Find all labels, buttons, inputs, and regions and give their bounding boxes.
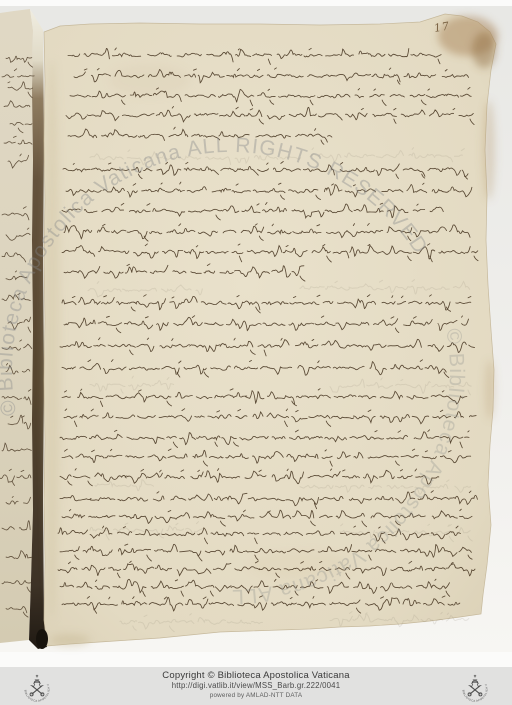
url-line: http://digi.vatlib.it/view/MSS_Barb.gr.2… [0, 681, 512, 691]
powered-by-line: powered by AMLAD-NTT DATA [0, 691, 512, 700]
vatican-seal-icon-right: BIBLIOTECA APOSTOLICA VATICANA [457, 671, 493, 705]
manuscript-scan-photo: © Biblioteca Apostolica Vaticana ALL RIG… [0, 0, 512, 660]
svg-text:BIBLIOTECA APOSTOLICA VATICANA: BIBLIOTECA APOSTOLICA VATICANA [457, 671, 489, 703]
binding-shadow-blob [36, 629, 48, 649]
svg-text:BIBLIOTECA APOSTOLICA VATICANA: BIBLIOTECA APOSTOLICA VATICANA [19, 671, 51, 703]
copyright-line: Copyright © Biblioteca Apostolica Vatica… [0, 670, 512, 681]
manuscript-scan-canvas: © Biblioteca Apostolica Vaticana ALL RIG… [0, 0, 512, 660]
footer-bar: Copyright © Biblioteca Apostolica Vatica… [0, 667, 512, 705]
vatican-seal-icon-left: BIBLIOTECA APOSTOLICA VATICANA [19, 671, 55, 705]
screenshot-root: { "page": { "number": "17" }, "watermark… [0, 0, 512, 705]
